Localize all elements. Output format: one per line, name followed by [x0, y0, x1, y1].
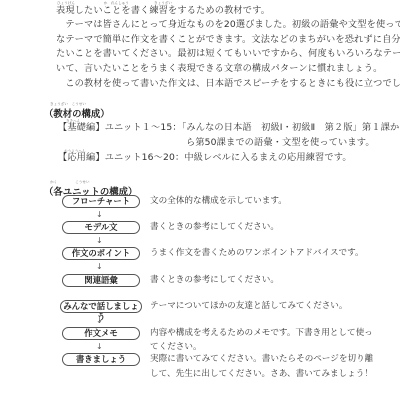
intro-line: なテーマで簡単に作文を書くことができます。文法などのまちがいを恐れずに自分の言い: [56, 34, 400, 45]
intro-line: 表現したいことを書く練習をするための教材です。: [56, 5, 270, 16]
step-related-vocab-box: 関連語彙: [62, 274, 140, 287]
intro-line: テーマは皆さんにとって身近なものを20選びました。初級の語彙や文型を使って、様々: [56, 19, 400, 30]
applied-section-label: 【応用編】: [58, 152, 105, 163]
step-label: 作文のポイント: [72, 248, 131, 258]
down-arrow-icon: ↓: [96, 210, 103, 219]
step-label: モデル文: [84, 222, 117, 232]
step-label: フローチャート: [72, 196, 130, 206]
down-arrow-icon: ↓: [96, 236, 103, 245]
basic-section-line: 【基礎編】ユニット１～15：「みんなの日本語 初級Ⅰ・初級Ⅱ 第２版」第１課か: [58, 122, 399, 133]
step-writing-memo-box: 作文メモ: [62, 327, 140, 340]
step-discussion-box: みんなで話しましょう: [60, 300, 142, 313]
step-description: 実際に書いてみてください。書いたらそのページを切り離: [150, 354, 373, 365]
basic-section-text: ユニット１～15：「みんなの日本語 初級Ⅰ・初級Ⅱ 第２版」第１課か: [105, 122, 400, 133]
step-model-text-box: モデル文: [62, 221, 140, 234]
step-label: 作文メモ: [84, 328, 118, 338]
step-label: 関連語彙: [84, 275, 118, 285]
step-lets-write-box: 書きましょう: [62, 353, 140, 366]
applied-section-text: ユニット16～20：中級レベルに入るまえの応用練習です。: [105, 152, 352, 163]
basic-section-label: 【基礎編】: [58, 122, 105, 133]
intro-line: たいことを書いてください。最初は短くてもいいですから、何度もいろいろなテーマで書: [56, 48, 400, 59]
intro-line: この教材を使って書いた作文は、日本語でスピーチをするときにも役に立つでしょう。: [56, 78, 400, 89]
step-description: テーマについてほかの友達と話してみてください。: [150, 301, 348, 312]
step-description: 文の全体的な構成を示しています。: [150, 196, 287, 207]
down-arrow-icon: ↓: [96, 316, 103, 325]
step-flowchart-box: フローチャート: [62, 195, 140, 208]
intro-line: いて、言いたいことをうまく表現できる文章の構成パターンに慣れましょう。: [56, 63, 382, 74]
step-description: 内容や構成を考えるためのメモです。下書き用として使っ: [150, 328, 373, 339]
structure-heading: （教材の構成）: [44, 106, 110, 120]
step-writing-points-box: 作文のポイント: [62, 247, 140, 260]
basic-section-continuation: ら第50課までの語彙・文型を使っています。: [186, 137, 375, 148]
down-arrow-icon: ↓: [96, 262, 103, 271]
step-description: 書くときの参考にしてください。: [150, 222, 279, 233]
step-description: てください。: [150, 342, 202, 353]
step-description: うまく作文を書くためのワンポイントアドバイスです。: [150, 248, 364, 259]
step-label: 書きましょう: [76, 354, 126, 364]
down-arrow-icon: ↓: [96, 342, 103, 351]
applied-section-line: 【応用編】ユニット16～20：中級レベルに入るまえの応用練習です。: [58, 152, 352, 163]
step-description: 書くときの参考にしてください。: [150, 275, 279, 286]
step-description: して、先生に出してください。さあ、書いてみましょう！: [150, 369, 373, 380]
